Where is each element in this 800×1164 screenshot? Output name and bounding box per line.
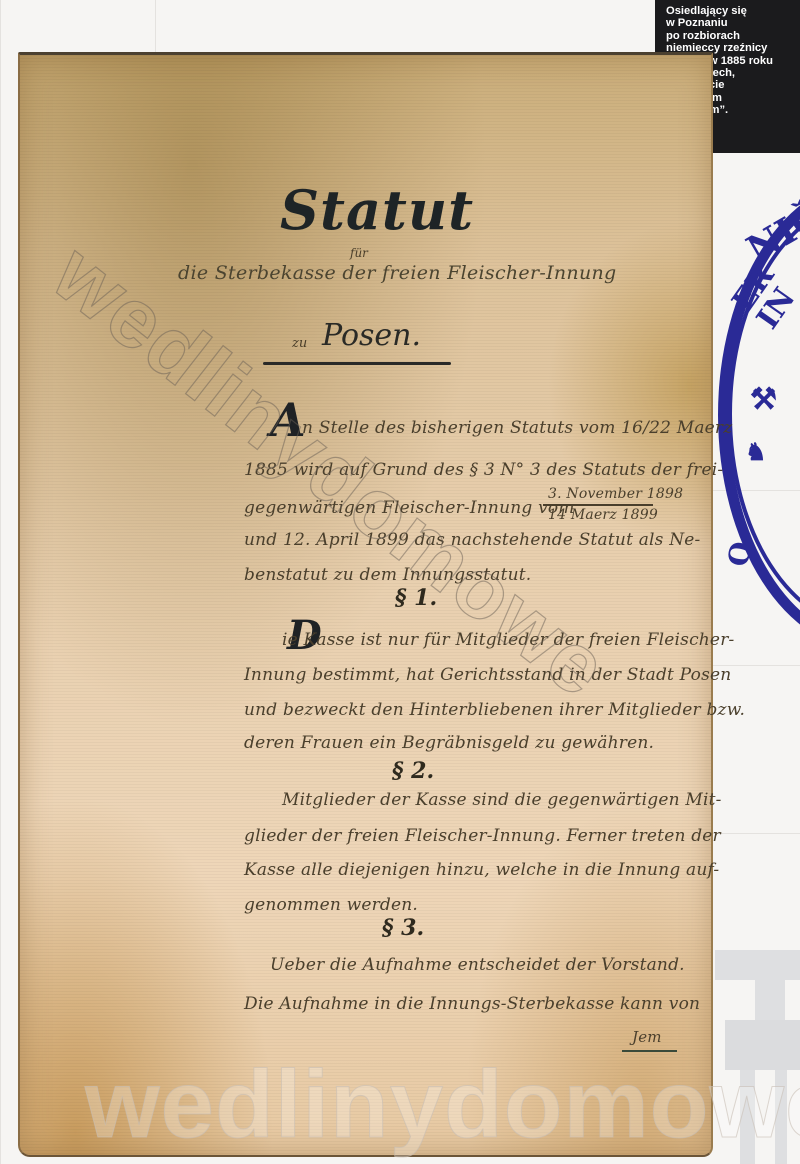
grid-line: [0, 0, 1, 1164]
seal-letter: O: [724, 540, 756, 569]
fraction-line: [543, 504, 653, 506]
seal-emblem-small: ♞: [745, 440, 767, 464]
section-line: Mitglieder der Kasse sind die gegenwärti…: [282, 790, 722, 810]
fraction-bottom: 14 Maerz 1899: [548, 507, 658, 523]
catchword: Jem: [632, 1028, 662, 1046]
section-heading: § 2.: [392, 758, 434, 784]
section-line: Kasse alle diejenigen hinzu, welche in d…: [244, 860, 719, 880]
document-title: Statut: [280, 178, 474, 242]
section-line: Innung bestimmt, hat Gerichtsstand in de…: [244, 665, 731, 685]
section-line: und bezweckt den Hinterbliebenen ihrer M…: [244, 700, 745, 720]
document-city-prefix: zu: [292, 336, 307, 351]
caption-line: w Poznaniu: [666, 17, 792, 29]
caption-line: po rozbiorach: [666, 30, 792, 42]
caption-line: Osiedlający się: [666, 5, 792, 17]
title-underline: [263, 362, 451, 365]
intro-line: n Stelle des bisherigen Statuts vom 16/2…: [302, 418, 732, 438]
section-line: Die Aufnahme in die Innungs-Sterbekasse …: [244, 994, 700, 1014]
watermark-bottom: wedlinydomowe.pl: [85, 1050, 800, 1160]
seal-emblem: ⚒: [750, 385, 777, 415]
section-line: glieder der freien Fleischer-Innung. Fer…: [244, 826, 721, 846]
grid-line: [155, 0, 156, 52]
document-subtitle: die Sterbekasse der freien Fleischer-Inn…: [178, 262, 617, 284]
document-city: Posen.: [322, 318, 421, 353]
fraction-top: 3. November 1898: [548, 486, 683, 502]
section-heading: § 3.: [382, 915, 424, 941]
section-line: genommen werden.: [244, 895, 418, 915]
section-line: deren Frauen ein Begräbnisgeld zu gewähr…: [244, 733, 654, 753]
document-fur: für: [350, 246, 368, 260]
section-line: Ueber die Aufnahme entscheidet der Vorst…: [270, 955, 685, 975]
grid-line: [713, 833, 800, 834]
